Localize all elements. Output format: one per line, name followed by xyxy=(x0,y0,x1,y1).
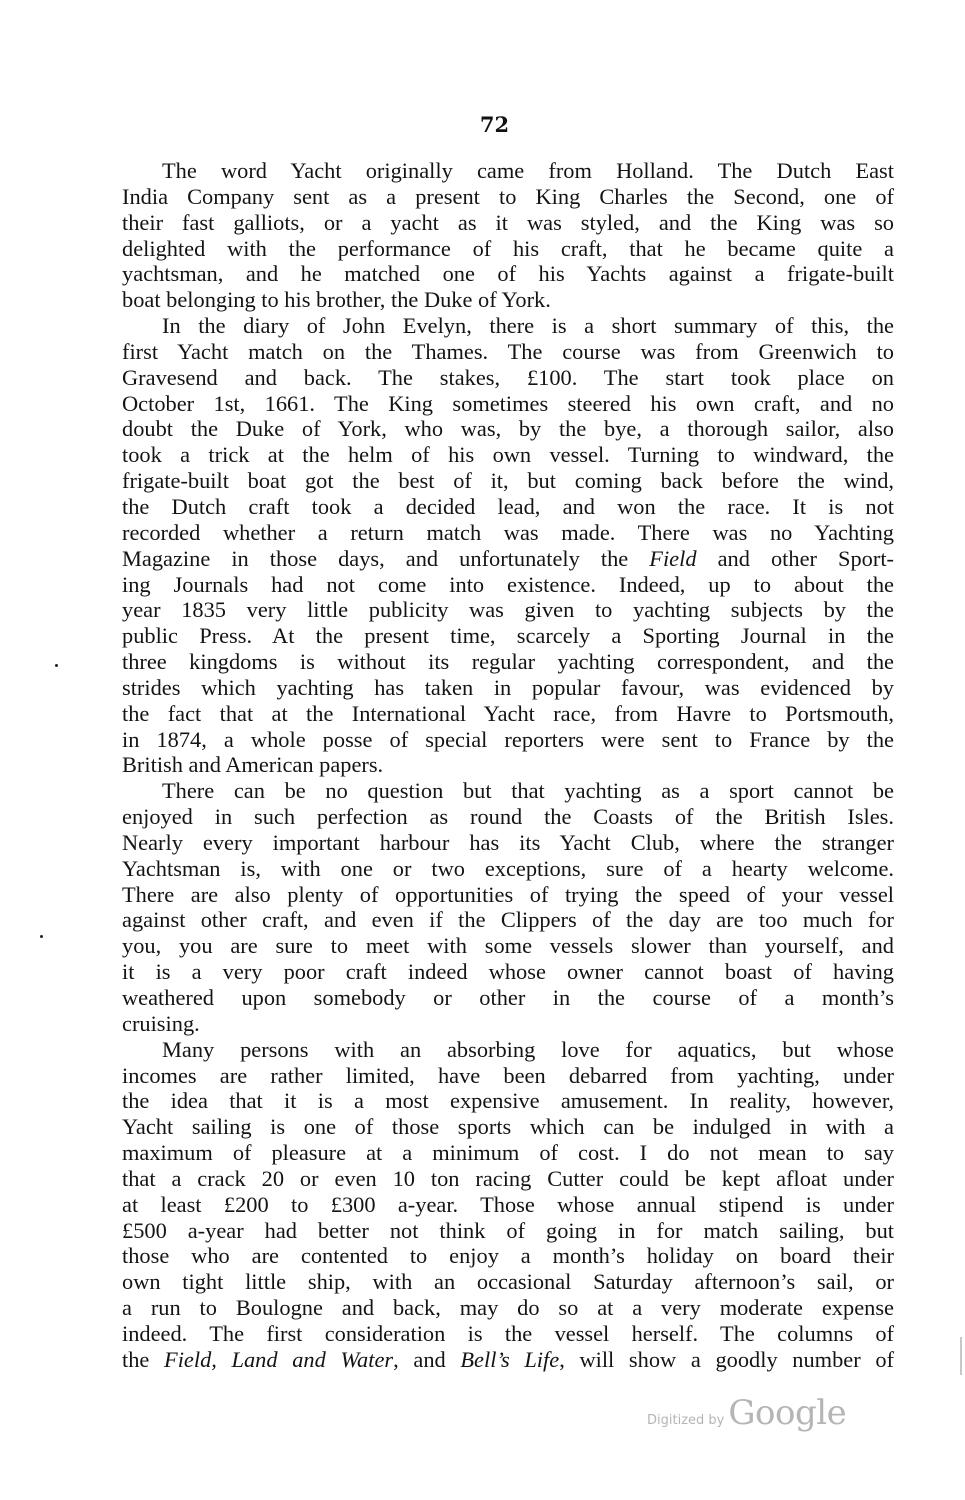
text-line: There are also plenty of opportunities o… xyxy=(122,882,894,908)
text-line: British and American papers. xyxy=(122,752,894,778)
text-line: you, you are sure to meet with some vess… xyxy=(122,933,894,959)
digitized-by-google-watermark: Digitized by Google xyxy=(647,1393,846,1433)
page-number: 72 xyxy=(12,112,965,137)
text-line: boat belonging to his brother, the Duke … xyxy=(122,287,894,313)
text-line: In the diary of John Evelyn, there is a … xyxy=(122,313,894,339)
text-line: those who are contented to enjoy a month… xyxy=(122,1243,894,1269)
text-line: doubt the Duke of York, who was, by the … xyxy=(122,416,894,442)
text-line: India Company sent as a present to King … xyxy=(122,184,894,210)
scan-speck xyxy=(55,664,58,667)
text-line: own tight little ship, with an occasiona… xyxy=(122,1269,894,1295)
text-line: cruising. xyxy=(122,1011,894,1037)
text-line: first Yacht match on the Thames. The cou… xyxy=(122,339,894,365)
watermark-prefix: Digitized by xyxy=(647,1413,724,1428)
text-line: public Press. At the present time, scarc… xyxy=(122,623,894,649)
text-line: took a trick at the helm of his own vess… xyxy=(122,442,894,468)
text-line: the fact that at the International Yacht… xyxy=(122,701,894,727)
text-line: ing Journals had not come into existence… xyxy=(122,572,894,598)
text-line: yachtsman, and he matched one of his Yac… xyxy=(122,261,894,287)
text-line: £500 a-year had better not think of goin… xyxy=(122,1218,894,1244)
text-line: enjoyed in such perfection as round the … xyxy=(122,804,894,830)
text-line: October 1st, 1661. The King sometimes st… xyxy=(122,391,894,417)
body-text: The word Yacht originally came from Holl… xyxy=(122,158,894,1373)
text-line: Nearly every important harbour has its Y… xyxy=(122,830,894,856)
text-line: at least £200 to £300 a-year. Those whos… xyxy=(122,1192,894,1218)
text-line: three kingdoms is without its regular ya… xyxy=(122,649,894,675)
text-line: the idea that it is a most expensive amu… xyxy=(122,1088,894,1114)
text-line: the Dutch craft took a decided lead, and… xyxy=(122,494,894,520)
text-line: in 1874, a whole posse of special report… xyxy=(122,727,894,753)
text-line: Yacht sailing is one of those sports whi… xyxy=(122,1114,894,1140)
text-line: year 1835 very little publicity was give… xyxy=(122,597,894,623)
text-line: There can be no question but that yachti… xyxy=(122,778,894,804)
text-line: maximum of pleasure at a minimum of cost… xyxy=(122,1140,894,1166)
text-line: the Field, Land and Water, and Bell’s Li… xyxy=(122,1347,894,1373)
text-line: weathered upon somebody or other in the … xyxy=(122,985,894,1011)
text-line: frigate-built boat got the best of it, b… xyxy=(122,468,894,494)
text-line: Magazine in those days, and unfortunatel… xyxy=(122,546,894,572)
scan-edge-mark xyxy=(960,1337,962,1375)
text-line: strides which yachting has taken in popu… xyxy=(122,675,894,701)
text-line: The word Yacht originally came from Holl… xyxy=(122,158,894,184)
text-line: a run to Boulogne and back, may do so at… xyxy=(122,1295,894,1321)
text-line: Many persons with an absorbing love for … xyxy=(122,1037,894,1063)
google-logo: Google xyxy=(728,1393,846,1433)
text-line: incomes are rather limited, have been de… xyxy=(122,1063,894,1089)
text-line: it is a very poor craft indeed whose own… xyxy=(122,959,894,985)
text-line: Gravesend and back. The stakes, £100. Th… xyxy=(122,365,894,391)
text-line: against other craft, and even if the Cli… xyxy=(122,907,894,933)
text-line: Yachtsman is, with one or two exceptions… xyxy=(122,856,894,882)
text-line: delighted with the performance of his cr… xyxy=(122,236,894,262)
text-line: their fast galliots, or a yacht as it wa… xyxy=(122,210,894,236)
text-line: that a crack 20 or even 10 ton racing Cu… xyxy=(122,1166,894,1192)
text-line: indeed. The first consideration is the v… xyxy=(122,1321,894,1347)
scan-speck xyxy=(40,935,43,938)
text-line: recorded whether a return match was made… xyxy=(122,520,894,546)
